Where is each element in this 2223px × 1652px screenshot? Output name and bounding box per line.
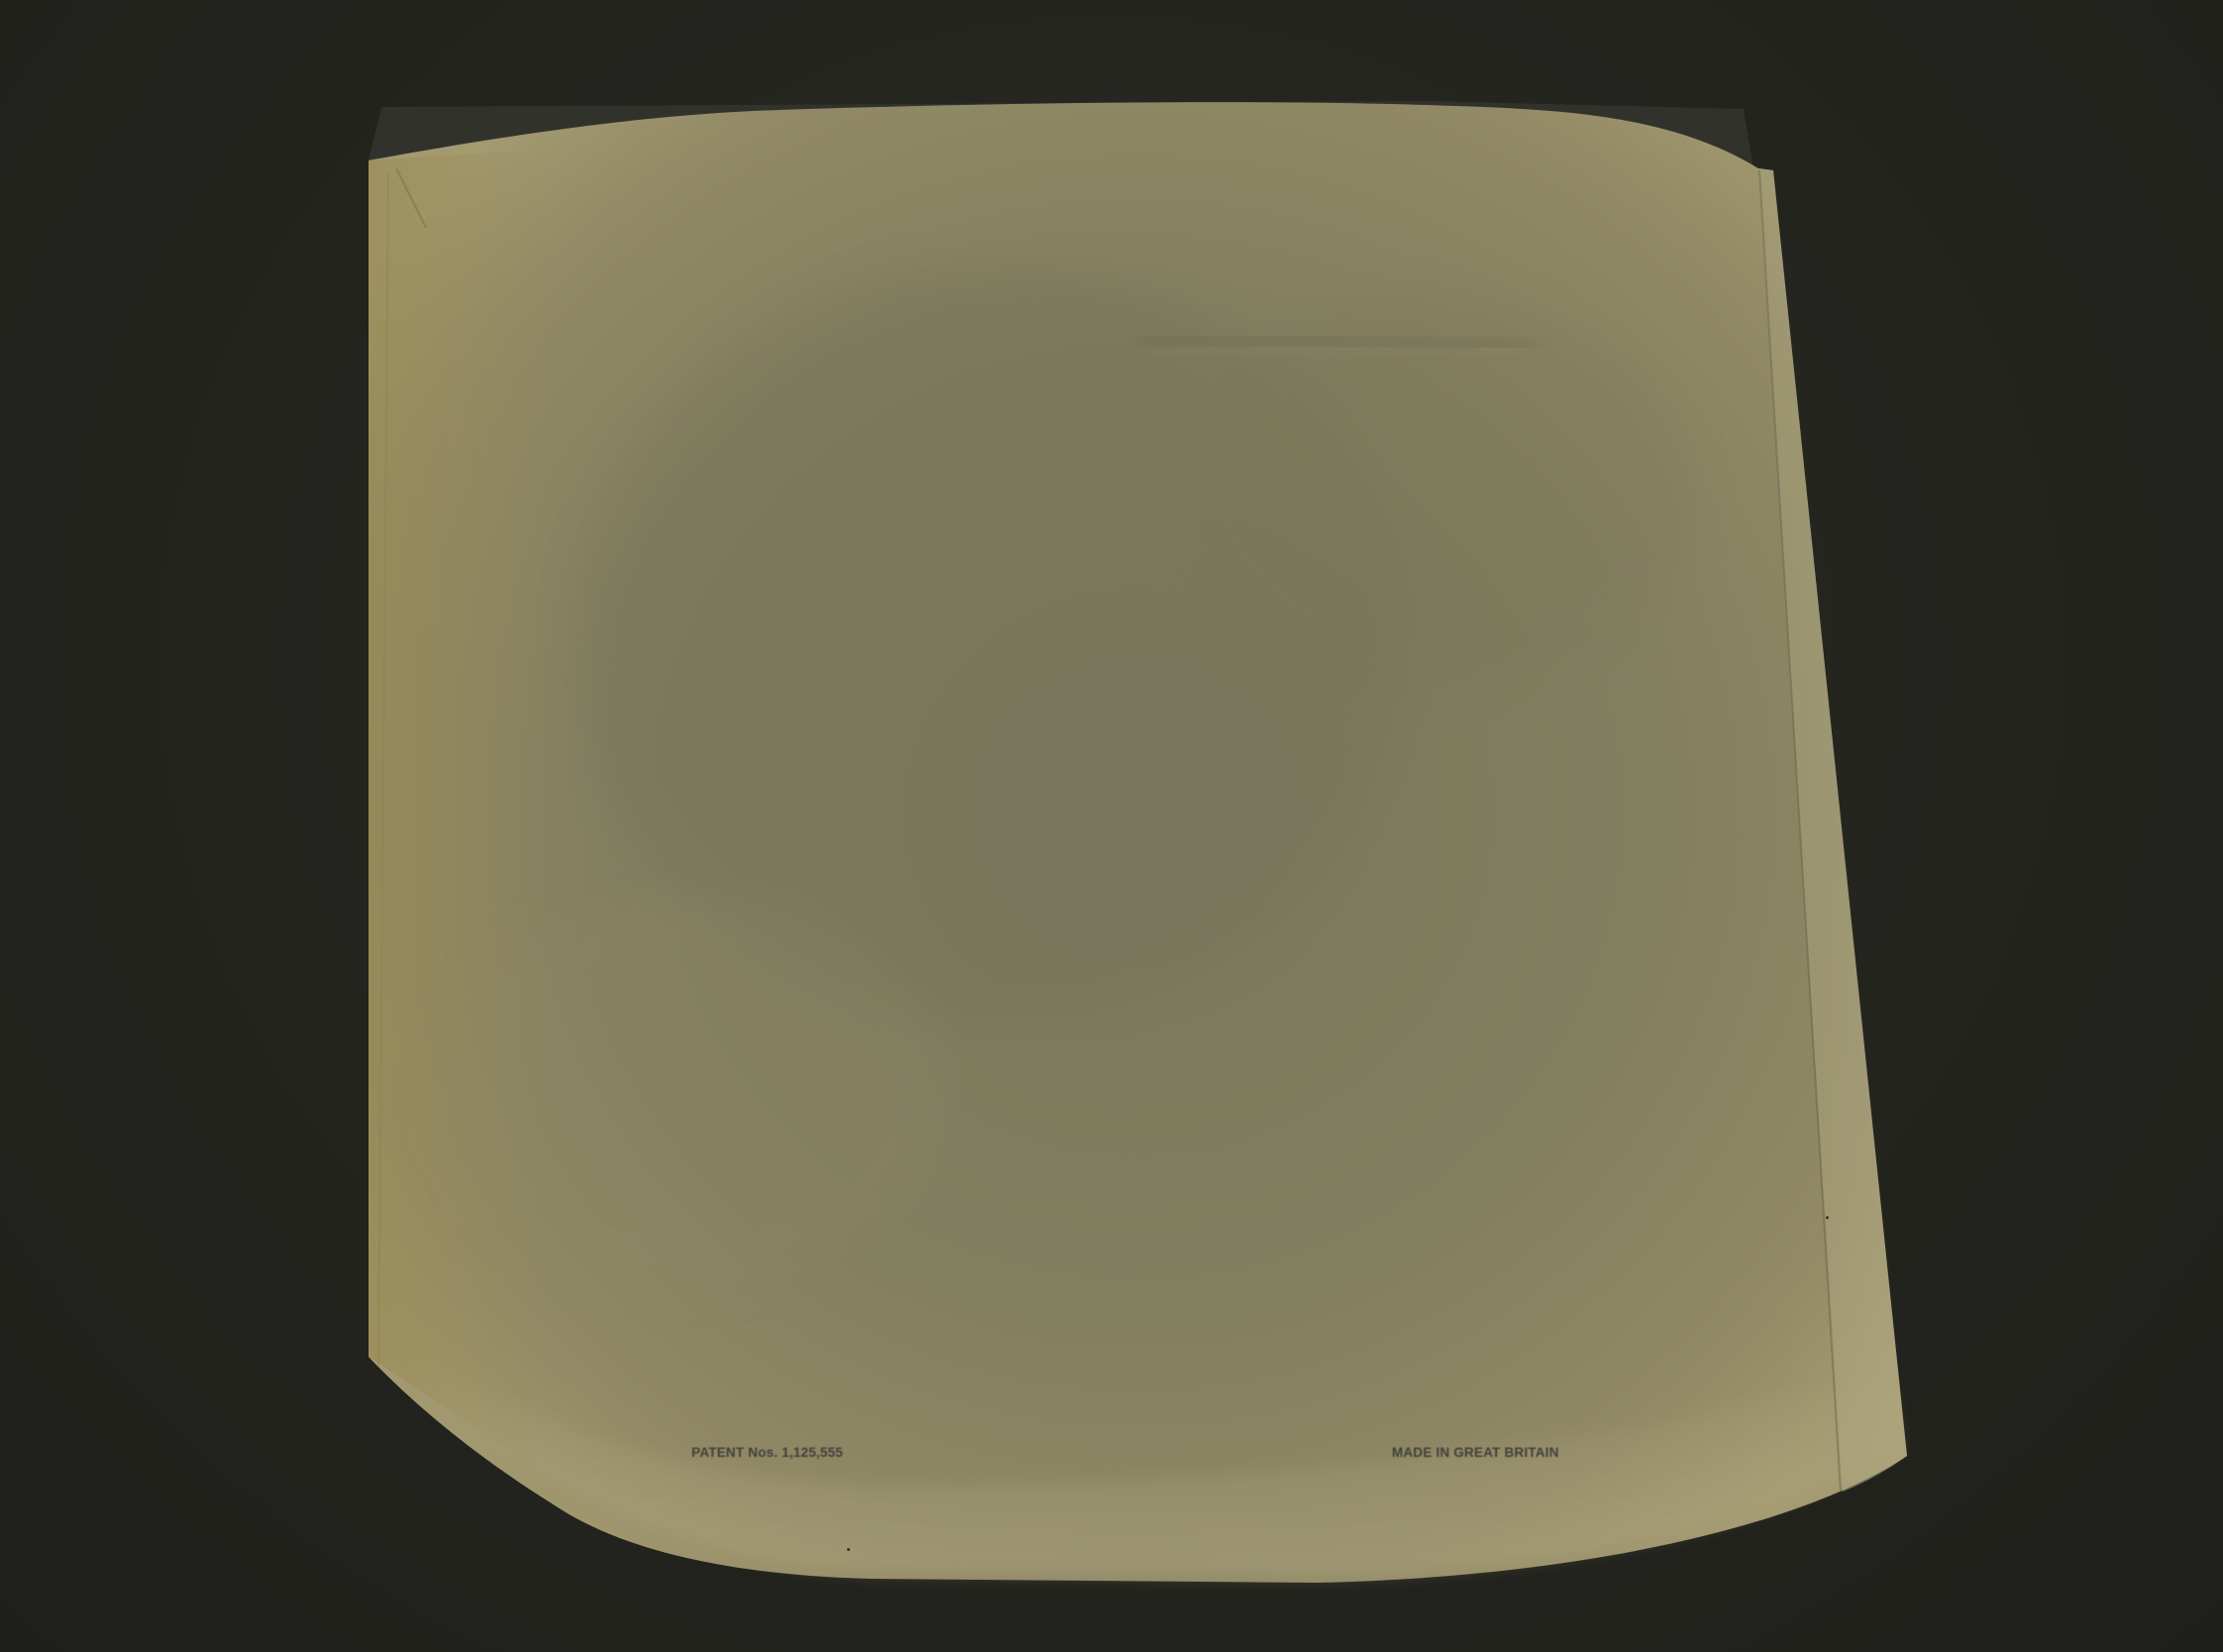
paper-speck [847,1548,850,1551]
made-in-great-britain-text: MADE IN GREAT BRITAIN [1392,1445,1559,1460]
photo-scene: PATENT Nos. 1,125,555 MADE IN GREAT BRIT… [0,0,2223,1652]
paper-speck [1826,1216,1829,1219]
record-inner-sleeve [0,0,2223,1652]
patent-number-text: PATENT Nos. 1,125,555 [691,1445,843,1460]
